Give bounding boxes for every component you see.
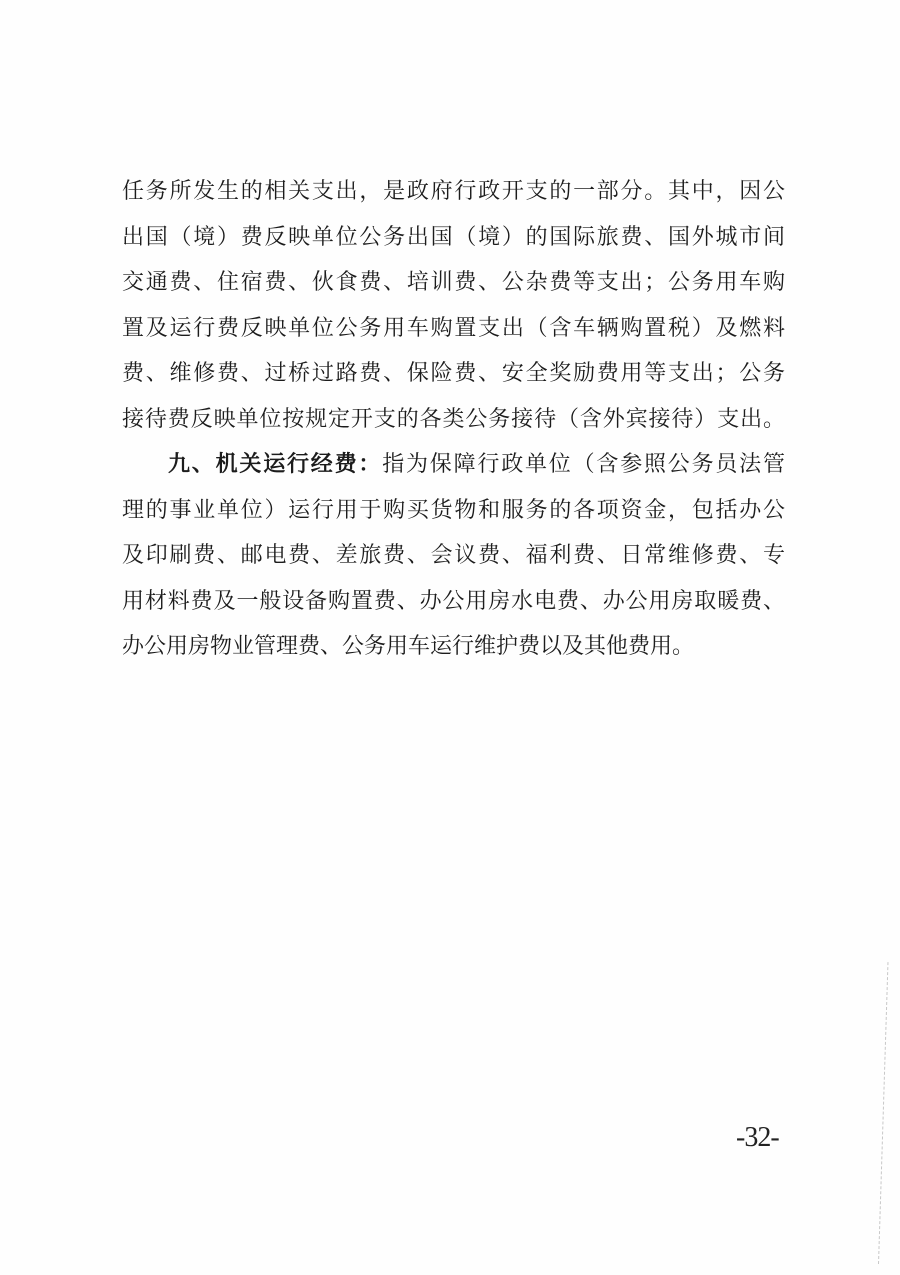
- page-number: -32-: [736, 1122, 796, 1154]
- paragraph-line: 及印刷费、邮电费、差旅费、会议费、福利费、日常维修费、专: [122, 532, 785, 578]
- body-text: 任务所发生的相关支出，是政府行政开支的一部分。其中，因公 出国（境）费反映单位公…: [122, 168, 785, 669]
- paragraph-line: 交通费、住宿费、伙食费、培训费、公杂费等支出；公务用车购: [122, 259, 785, 305]
- document-page: 任务所发生的相关支出，是政府行政开支的一部分。其中，因公 出国（境）费反映单位公…: [0, 0, 900, 1275]
- section-heading-line: 九、机关运行经费：指为保障行政单位（含参照公务员法管: [122, 441, 785, 487]
- paragraph-line: 出国（境）费反映单位公务出国（境）的国际旅费、国外城市间: [122, 214, 785, 260]
- section-heading-rest: 指为保障行政单位（含参照公务员法管: [382, 451, 785, 476]
- paragraph-line: 理的事业单位）运行用于购买货物和服务的各项资金，包括办公: [122, 487, 785, 533]
- paragraph-line: 置及运行费反映单位公务用车购置支出（含车辆购置税）及燃料: [122, 305, 785, 351]
- paragraph-line: 费、维修费、过桥过路费、保险费、安全奖励费用等支出；公务: [122, 350, 785, 396]
- paragraph-last-line: 办公用房物业管理费、公务用车运行维护费以及其他费用。: [122, 623, 785, 669]
- paragraph-line: 接待费反映单位按规定开支的各类公务接待（含外宾接待）支出。: [122, 396, 785, 442]
- scan-artifact-dashed-line: [878, 962, 888, 1264]
- paragraph-line: 任务所发生的相关支出，是政府行政开支的一部分。其中，因公: [122, 168, 785, 214]
- section-heading: 九、机关运行经费：: [168, 451, 382, 476]
- paragraph-line: 用材料费及一般设备购置费、办公用房水电费、办公用房取暖费、: [122, 578, 785, 624]
